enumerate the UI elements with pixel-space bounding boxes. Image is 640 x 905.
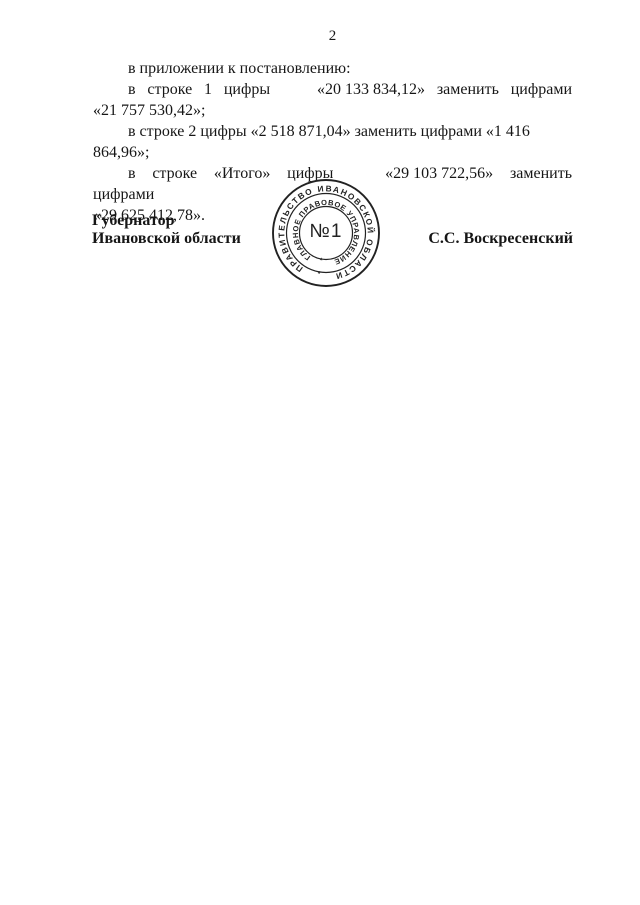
stamp-outer-separator: *: [317, 271, 321, 278]
official-stamp: ПРАВИТЕЛЬСТВО ИВАНОВСКОЙ ОБЛАСТИ ГЛАВНОЕ…: [266, 173, 386, 293]
signature-title: Губернатор Ивановской области: [92, 212, 241, 248]
body-line: «21 757 530,42»;: [93, 100, 572, 121]
body-text-segment: заменить цифрами: [437, 81, 572, 98]
body-line: в строке 2 цифры «2 518 871,04» заменить…: [93, 121, 572, 163]
signature-title-line1: Губернатор: [92, 212, 241, 230]
document-page: 2 в приложении к постановлению: в строке…: [0, 0, 640, 905]
amount-old-value: «20 133 834,12»: [282, 79, 425, 100]
body-line: в строке 1 цифры «20 133 834,12» заменит…: [93, 79, 572, 100]
body-line: в приложении к постановлению:: [93, 58, 572, 79]
stamp-inner-separator: *: [319, 257, 323, 264]
body-text-segment: в строке 1 цифры: [128, 81, 270, 98]
page-number: 2: [93, 28, 572, 45]
stamp-number-label: №1: [310, 221, 343, 242]
signature-title-line2: Ивановской области: [92, 230, 241, 248]
signatory-name: С.С. Воскресенский: [428, 230, 573, 248]
